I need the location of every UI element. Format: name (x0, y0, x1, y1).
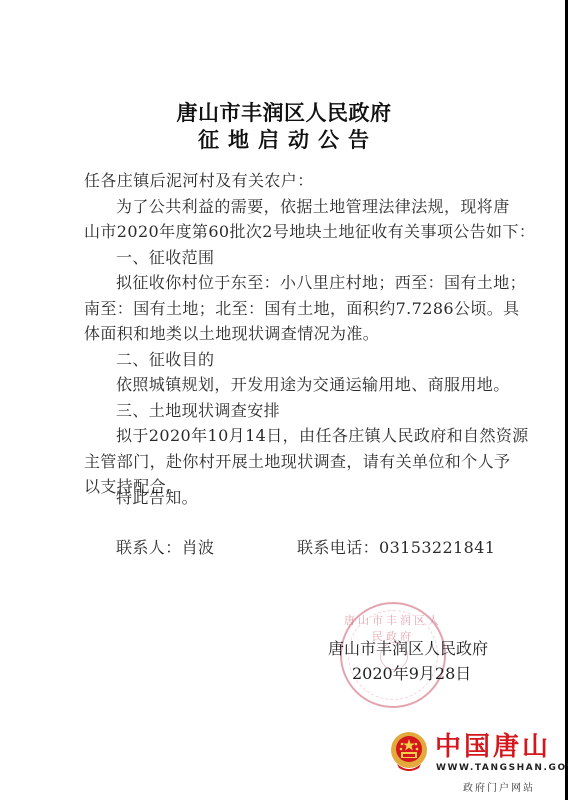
document-title-issuer: 唐山市丰润区人民政府 (0, 97, 568, 127)
contact-phone: 联系电话：03153221841 (297, 538, 495, 558)
section-3-heading: 三、土地现状调查安排 (116, 401, 280, 421)
section-3-line-2: 主管部门，赴你村开展土地现状调查，请有关单位和个人予 (84, 452, 510, 472)
section-2-line-1: 依照城镇规划，开发用途为交通运输用地、商服用地。 (116, 375, 510, 395)
intro-line-2: 山市2020年度第60批次2号地块土地征收有关事项公告如下： (84, 222, 535, 242)
signature-date: 2020年9月28日 (352, 661, 471, 684)
tangshan-logo-text: 中国唐山 (435, 726, 551, 763)
national-emblem-icon (389, 730, 429, 774)
section-3-line-1: 拟于2020年10月14日，由任各庄镇人民政府和自然资源 (116, 426, 529, 446)
section-1-line-1: 拟征收你村位于东至：小八里庄村地；西至：国有土地； (116, 273, 526, 293)
tangshan-portal-url: WWW.TANGSHAN.GOV.CN (436, 763, 568, 773)
closing-remark: 特此告知。 (116, 488, 198, 508)
contact-person: 联系人：肖波 (116, 538, 214, 558)
salutation: 任各庄镇后泥河村及有关农户： (84, 171, 314, 191)
signature-organization: 唐山市丰润区人民政府 (328, 636, 488, 659)
section-1-heading: 一、征收范围 (116, 248, 214, 268)
document-title-notice: 征地启动公告 (0, 124, 568, 154)
section-2-heading: 二、征收目的 (116, 350, 214, 370)
intro-line-1: 为了公共利益的需要，依据土地管理法律法规，现将唐 (116, 197, 510, 217)
portal-subtitle: 政府门户网站 (463, 779, 535, 794)
section-1-line-3: 体面积和地类以土地现状调查情况为准。 (84, 324, 379, 344)
section-1-line-2: 南至：国有土地；北至：国有土地，面积约7.7286公顷。具 (84, 299, 520, 319)
